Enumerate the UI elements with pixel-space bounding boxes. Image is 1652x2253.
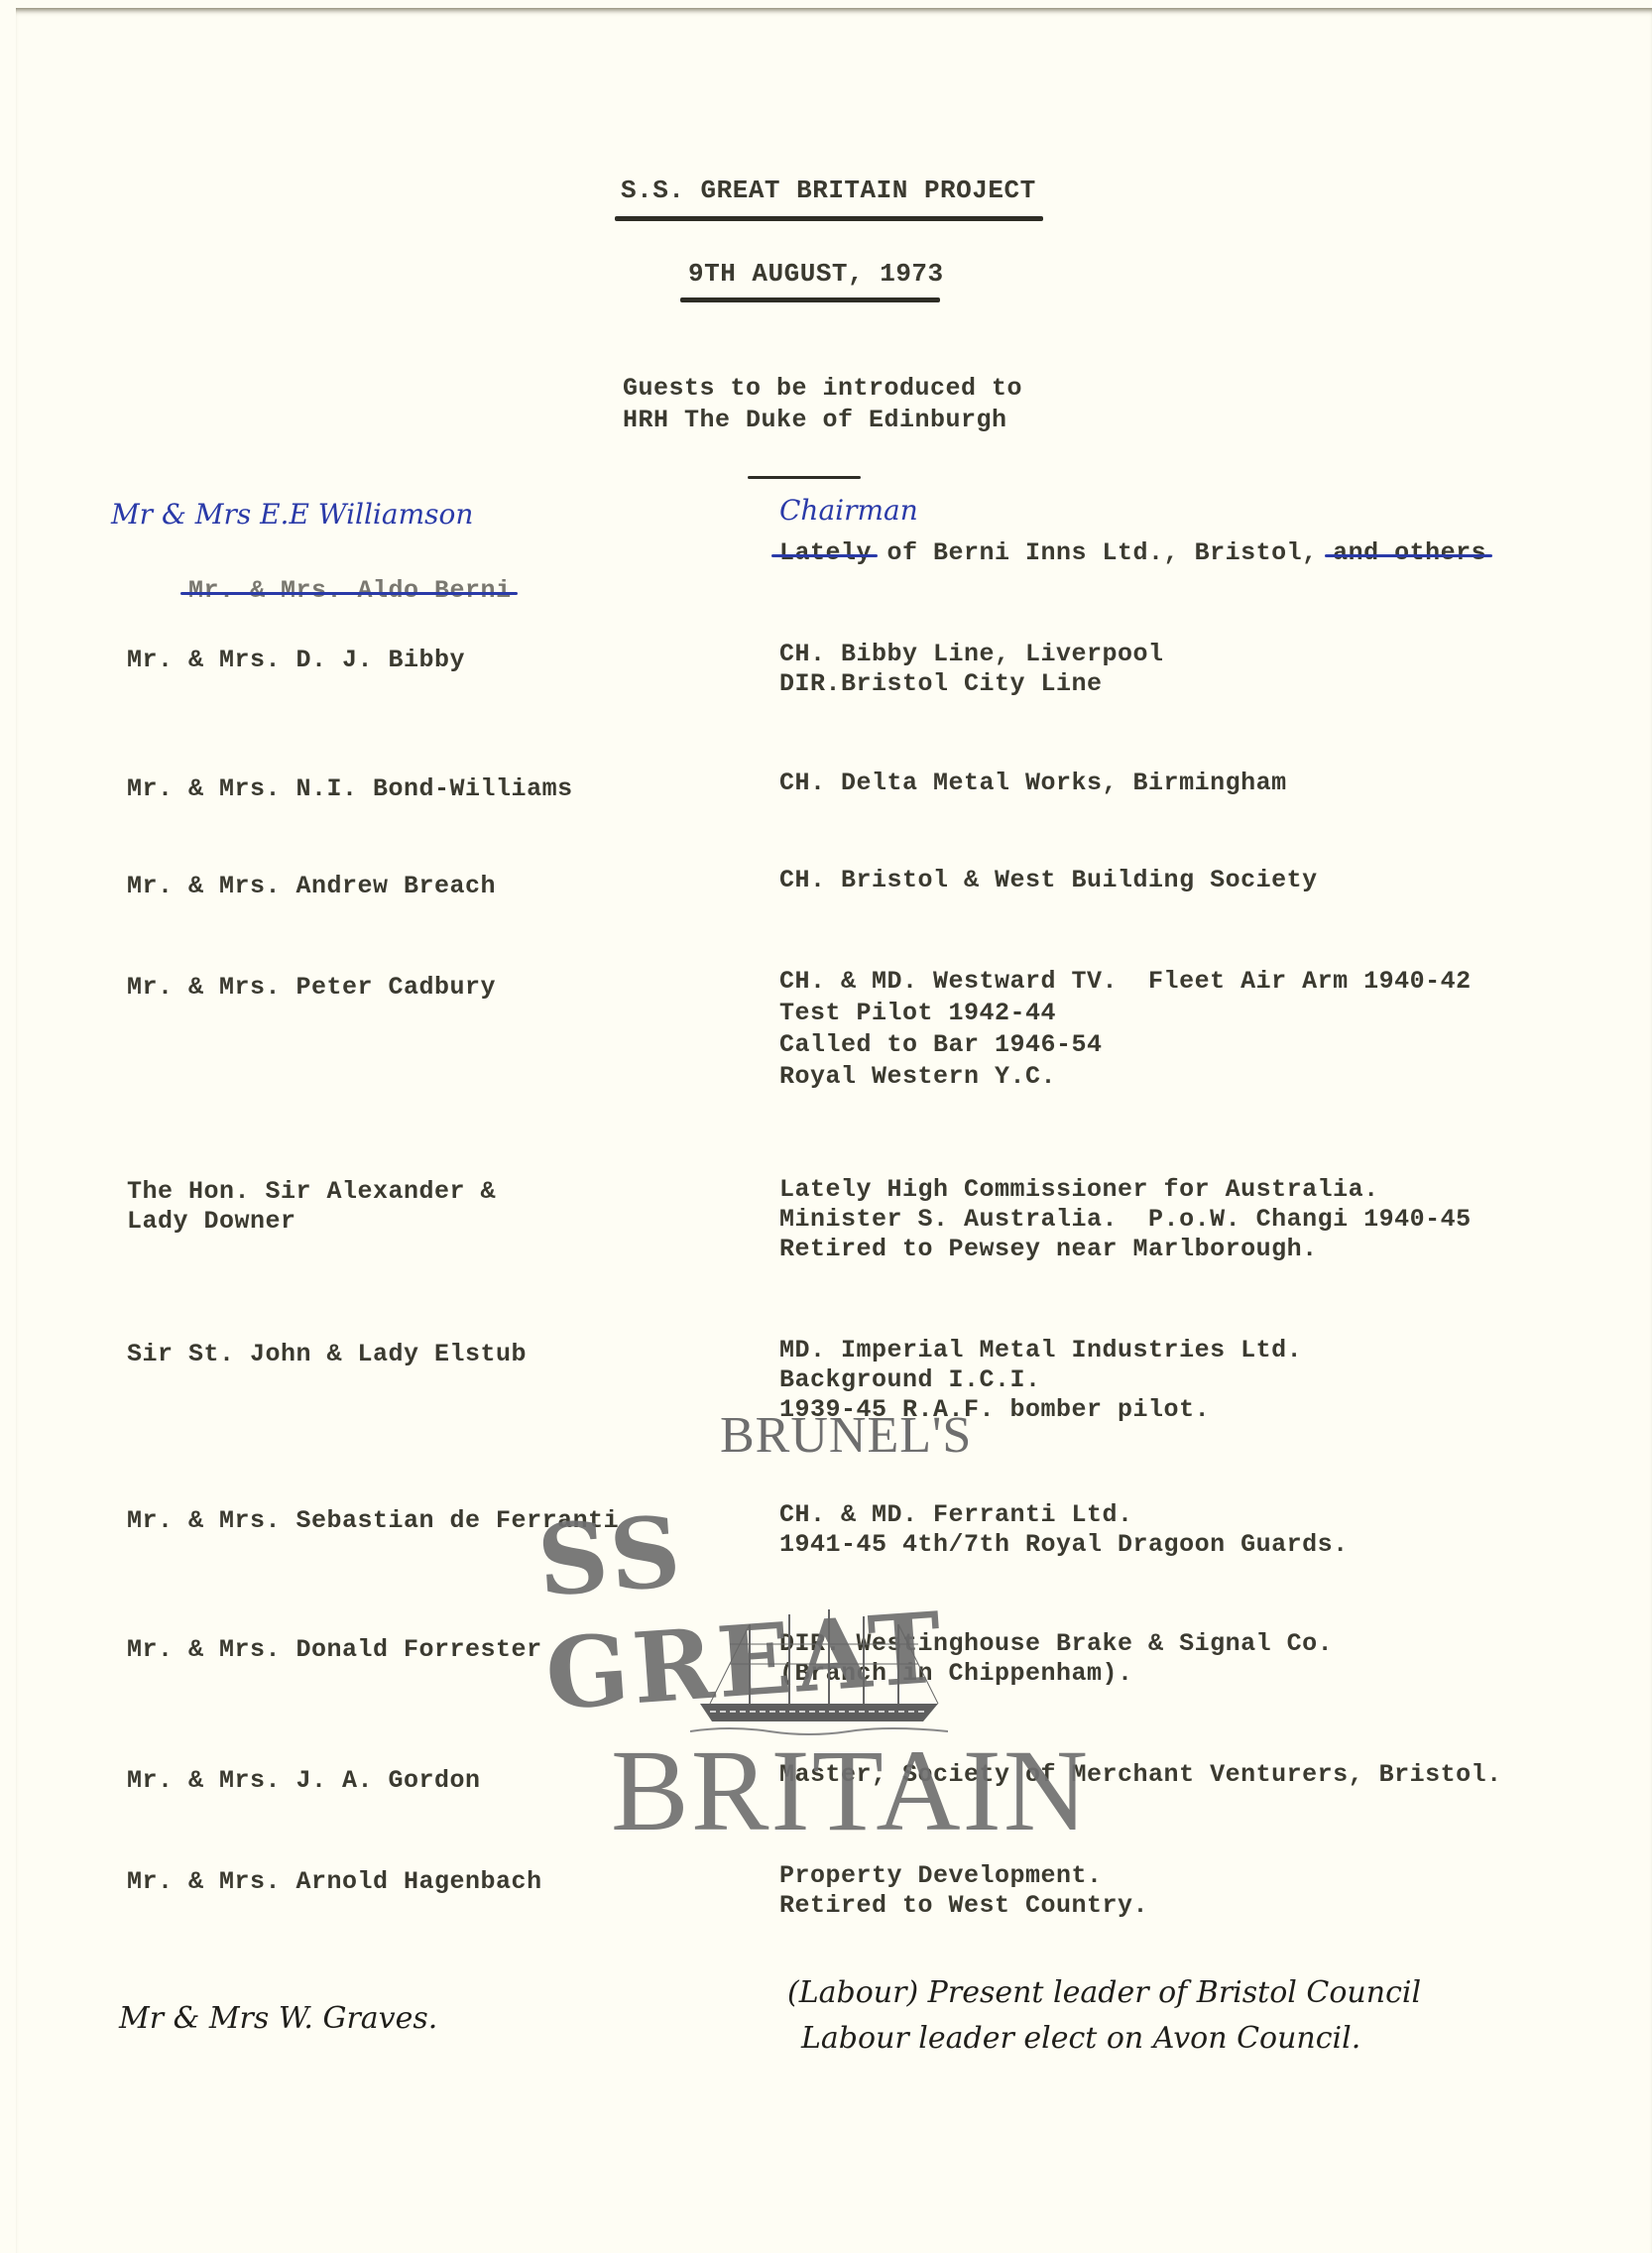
handwritten-guest-name: Mr & Mrs W. Graves. (119, 2001, 437, 2036)
struck-word-lately: Lately (779, 537, 872, 569)
guest-description-line: 1939-45 R.A.F. bomber pilot. (779, 1394, 1210, 1426)
struck-guest-name: Mr. & Mrs. Aldo Berni (188, 575, 512, 607)
guest-description-line: Background I.C.I. (779, 1364, 1041, 1396)
guest-description-line: CH. Bibby Line, Liverpool (779, 639, 1164, 670)
document-date: 9TH AUGUST, 1973 (688, 258, 944, 290)
watermark-britain: BRITAIN (611, 1723, 1090, 1858)
guest-description-line: CH. & MD. Ferranti Ltd. (779, 1499, 1133, 1531)
guest-description-line: (Branch in Chippenham). (779, 1658, 1133, 1690)
guest-description-line: Retired to Pewsey near Marlborough. (779, 1234, 1318, 1265)
guest-description-line: Test Pilot 1942-44 (779, 998, 1056, 1029)
guest-name-line: Lady Downer (127, 1206, 296, 1238)
guest-description: Lately of Berni Inns Ltd., Bristol, and … (779, 537, 1486, 569)
struck-words-and-others: and others (1333, 537, 1486, 569)
document-title: S.S. GREAT BRITAIN PROJECT (621, 175, 1036, 206)
guest-description-line: Retired to West Country. (779, 1890, 1148, 1922)
guest-description-line: Royal Western Y.C. (779, 1061, 1056, 1093)
title-underline (615, 216, 1043, 221)
handwritten-guest-description-line: Labour leader elect on Avon Council. (801, 2021, 1360, 2056)
guest-description-line: Lately High Commissioner for Australia. (779, 1174, 1379, 1206)
handwritten-name-correction: Mr & Mrs E.E Williamson (111, 498, 473, 531)
guest-name: Mr. & Mrs. Sebastian de Ferranti (127, 1505, 619, 1537)
desc-text: of Berni Inns Ltd., Bristol, (872, 538, 1333, 567)
subtitle-line-2: HRH The Duke of Edinburgh (623, 405, 1007, 436)
subtitle-line-1: Guests to be introduced to (623, 373, 1022, 405)
guest-description-line: DIR.Bristol City Line (779, 668, 1103, 700)
guest-description-line: DIR. Westinghouse Brake & Signal Co. (779, 1628, 1333, 1660)
guest-name-line: The Hon. Sir Alexander & (127, 1176, 496, 1208)
section-divider (748, 476, 861, 479)
guest-name: Sir St. John & Lady Elstub (127, 1339, 527, 1370)
guest-name: Mr. & Mrs. D. J. Bibby (127, 645, 465, 676)
guest-description-line: Called to Bar 1946-54 (779, 1029, 1103, 1061)
guest-description-line: CH. Delta Metal Works, Birmingham (779, 768, 1287, 799)
guest-name: Mr. & Mrs. N.I. Bond-Williams (127, 773, 573, 805)
guest-description-line: Master, Society of Merchant Venturers, B… (779, 1759, 1502, 1791)
guest-description-line: Minister S. Australia. P.o.W. Changi 194… (779, 1204, 1472, 1236)
guest-name: Mr. & Mrs. Donald Forrester (127, 1634, 542, 1666)
handwritten-guest-description-line: (Labour) Present leader of Bristol Counc… (787, 1975, 1421, 2010)
guest-description-line: 1941-45 4th/7th Royal Dragoon Guards. (779, 1529, 1349, 1561)
guest-name: Mr. & Mrs. Arnold Hagenbach (127, 1866, 542, 1898)
guest-description-line: MD. Imperial Metal Industries Ltd. (779, 1335, 1302, 1366)
guest-description-line: CH. & MD. Westward TV. Fleet Air Arm 194… (779, 966, 1472, 998)
date-underline (680, 297, 940, 302)
guest-description-line: CH. Bristol & West Building Society (779, 865, 1318, 896)
guest-name: Mr. & Mrs. Aldo Berni (127, 543, 512, 639)
guest-name: Mr. & Mrs. Andrew Breach (127, 871, 496, 902)
guest-name: Mr. & Mrs. Peter Cadbury (127, 972, 496, 1004)
guest-description-line: Property Development. (779, 1860, 1103, 1892)
handwritten-desc-correction: Chairman (779, 494, 918, 527)
guest-name: Mr. & Mrs. J. A. Gordon (127, 1765, 481, 1797)
document-page: S.S. GREAT BRITAIN PROJECT 9TH AUGUST, 1… (16, 8, 1652, 2253)
